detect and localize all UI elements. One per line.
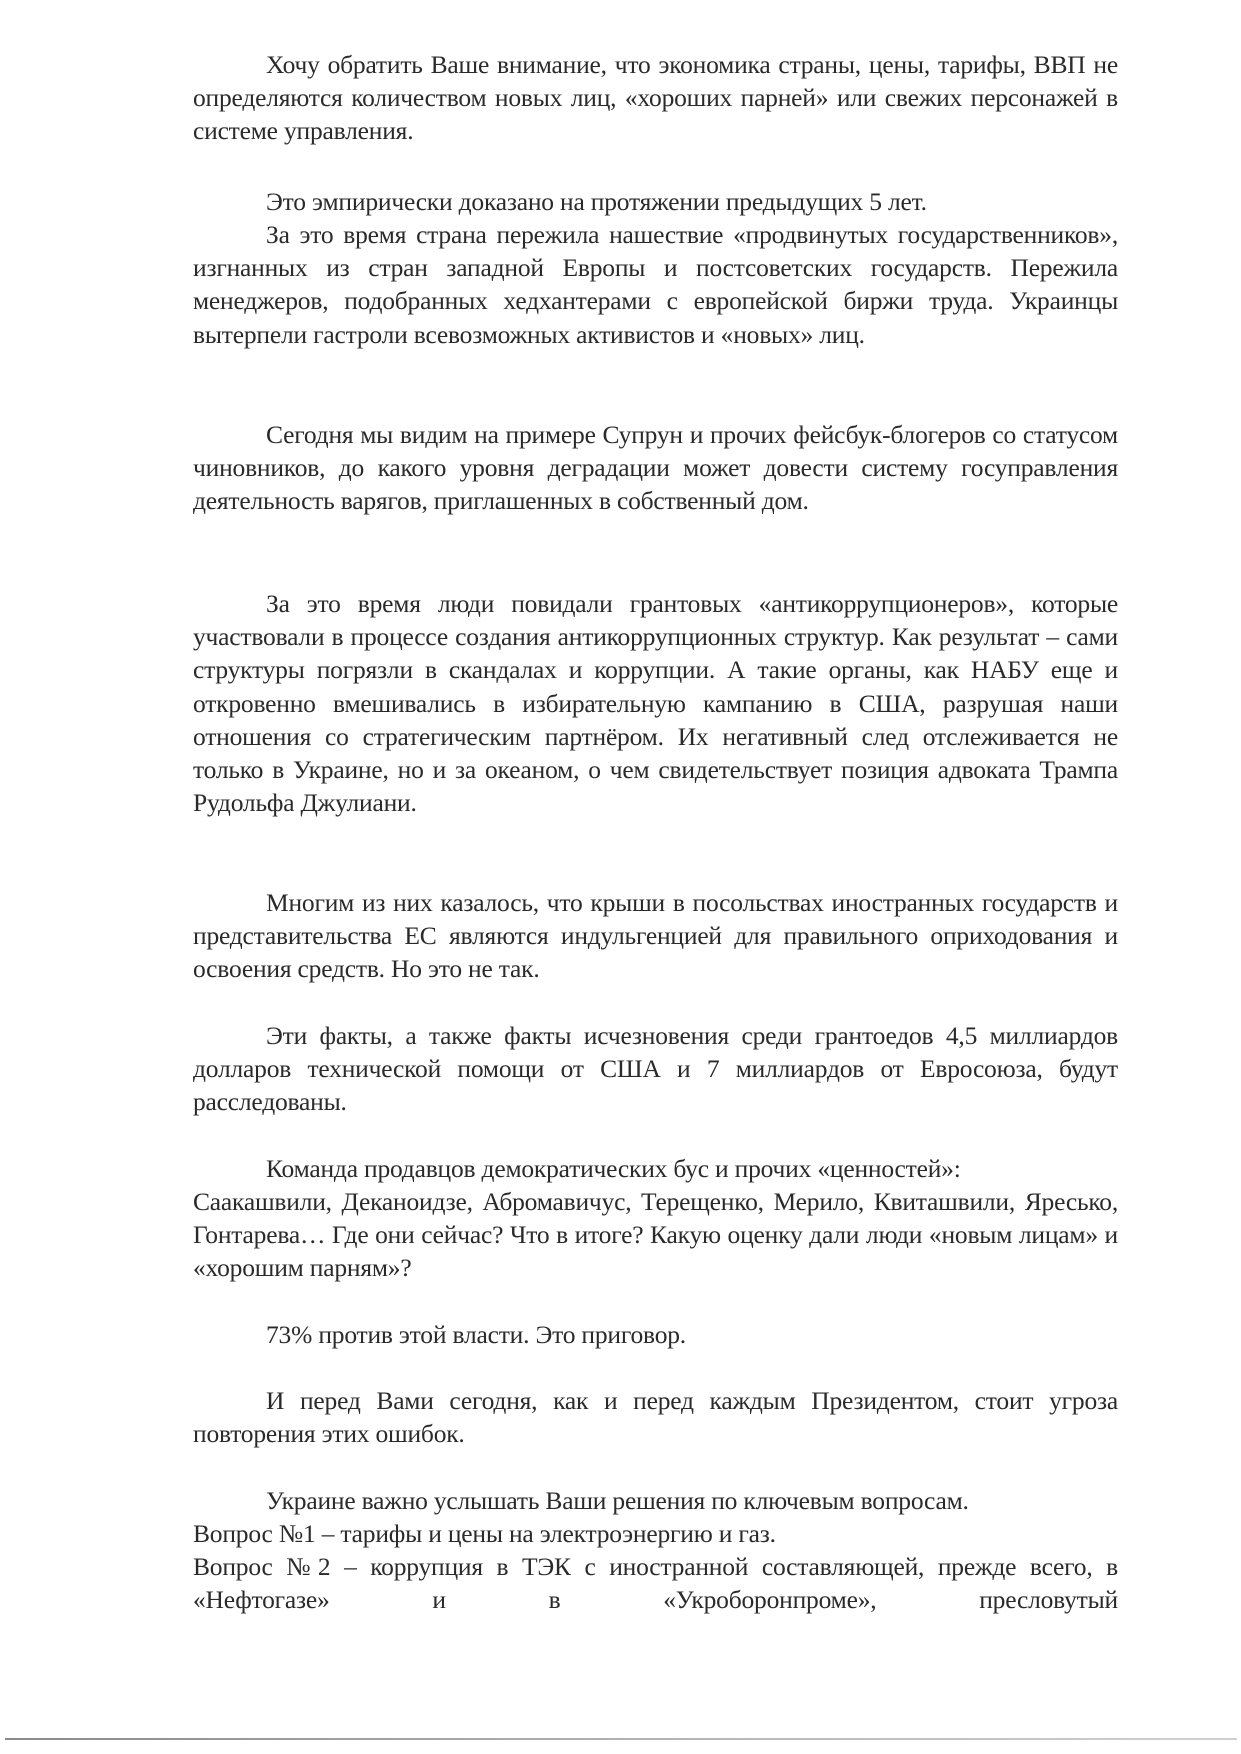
paragraph-key-questions: Украине важно услышать Ваши решения по к… [193,1484,1118,1517]
paragraph-empirically-proven: Это эмпирически доказано на протяжении п… [193,185,1118,218]
paragraph-economy-not-new-faces: Хочу обратить Ваше внимание, что экономи… [193,48,1118,148]
question-2-corruption: Вопрос №2 – коррупция в ТЭК с иностранно… [193,1550,1118,1616]
paragraph-embassy-roofs: Многим из них казалось, что крыши в посо… [193,886,1118,986]
paragraph-suprun-bloggers: Сегодня мы видим на примере Супрун и про… [193,418,1118,518]
paragraph-73-percent: 73% против этой власти. Это приговор. [193,1318,1118,1351]
scan-bottom-edge-line [5,1738,1237,1740]
paragraph-anticorruption-grants: За это время люди повидали грантовых «ан… [193,587,1118,819]
paragraph-missing-billions: Эти факты, а также факты исчезновения ср… [193,1019,1118,1119]
paragraph-names-list: Саакашвили, Деканоидзе, Абромавичус, Тер… [193,1185,1118,1285]
paragraph-team-of-sellers: Команда продавцов демократических бус и … [193,1152,1118,1185]
paragraph-invasion-of-statesmen: За это время страна пережила нашествие «… [193,218,1118,351]
question-1-tariffs: Вопрос №1 – тарифы и цены на электроэнер… [193,1517,1118,1550]
paragraph-threat-of-repeating: И перед Вами сегодня, как и перед каждым… [193,1384,1118,1450]
